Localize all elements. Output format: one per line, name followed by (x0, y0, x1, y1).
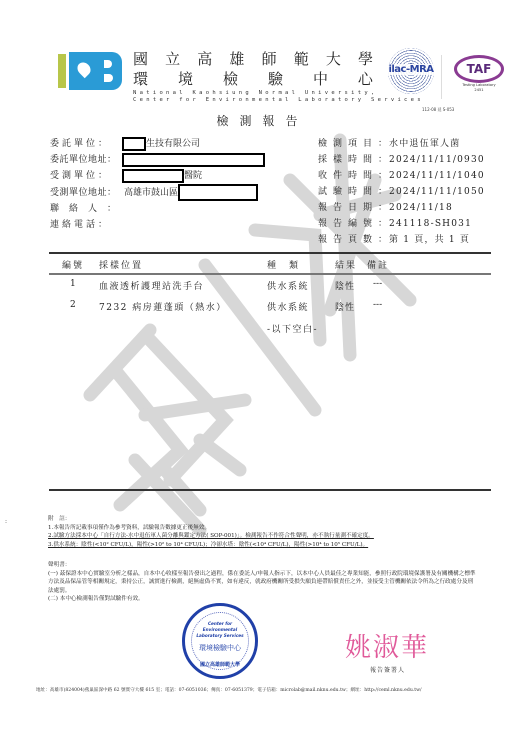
university-char: 高 (197, 48, 212, 69)
note-item: 3.供水系統：陰性(<10² CFU/L)，陽性(>10² to 10⁴ CFU… (48, 541, 374, 550)
declaration-item: (一) 茲保證本中心實驗室分析之樣品，自本中心收樣至報告發出之過程，係在委託人/… (48, 570, 478, 596)
client-address-row: 委託單位地址： (50, 152, 265, 168)
cell-type: 供水系統 (267, 279, 309, 292)
signature: 姚淑華 (345, 627, 429, 664)
client-name-row: 委託單位：生技有限公司 (50, 136, 265, 152)
center-name-en: Center for Environmental Laboratory Serv… (133, 97, 424, 103)
university-char: 雄 (229, 48, 244, 69)
notes-heading: 附 註： (48, 515, 374, 524)
cell-note: --- (373, 279, 382, 289)
field-label: 聯絡人： (50, 201, 122, 217)
field-value: 水中退伍軍人菌 (389, 139, 460, 149)
field-label: 連絡電話： (50, 217, 122, 233)
declaration: 聲明書： (一) 茲保證本中心實驗室分析之樣品，自本中心收樣至報告發出之過程，係… (48, 561, 478, 604)
taf-sub: Testing Laboratory 2451 (450, 83, 508, 93)
cell-result: 陰性 (335, 279, 355, 292)
field-label: 報告日期 (318, 200, 378, 216)
ilac-label: ilac-MRA (386, 64, 436, 75)
university-char: 師 (262, 48, 277, 69)
seal-line: Center for (185, 621, 255, 626)
field-value: 高雄市鼓山區 (124, 188, 178, 198)
university-name-zh: 國立高雄師範大學 (133, 48, 373, 69)
university-char: 大 (326, 48, 341, 69)
center-name-zh: 環境檢驗中心 (133, 68, 373, 89)
taf-logo: TAF (454, 55, 504, 83)
field-value: 2024/11/18 (389, 203, 453, 213)
center-char: 心 (358, 68, 373, 89)
center-char: 驗 (268, 68, 283, 89)
field-label: 受測單位地址： (50, 185, 124, 201)
taf-sub-number: 2451 (450, 88, 508, 93)
table-bottom-rule (49, 489, 491, 491)
report-info-row: 檢測項目：水中退伍軍人菌 (318, 136, 485, 152)
center-char: 境 (178, 68, 193, 89)
report-info: 檢測項目：水中退伍軍人菌採樣時間：2024/11/11/0930收件時間：202… (318, 136, 485, 248)
seal-zh-bottom: 國立高雄師範大學 (185, 661, 255, 668)
seal-line: Laboratory Services (185, 633, 255, 638)
logo-side-band (58, 54, 66, 88)
report-info-row: 試驗時間：2024/11/11/1050 (318, 184, 485, 200)
university-char: 範 (294, 48, 309, 69)
cell-result: 陰性 (335, 300, 355, 313)
logo-divider (441, 55, 442, 99)
declaration-item: (二) 本中心檢測報告僅對試驗件有效。 (48, 595, 478, 604)
university-char: 國 (133, 48, 148, 69)
table-top-rule (49, 252, 491, 254)
university-char: 學 (358, 48, 373, 69)
university-name-en: National Kaohsiung Normal University, (133, 90, 378, 96)
field-value: 241118-SH031 (389, 219, 472, 229)
seal-zh-center: 環境檢驗中心 (185, 643, 255, 653)
footer-contact: 地址：高雄市(824004)燕巢區深中路 62 號實守大樓 615 室；電話：0… (36, 687, 422, 693)
signer-role: 報告簽署人 (370, 665, 405, 674)
table-header-rule (49, 273, 491, 275)
field-label: 受測單位： (50, 168, 122, 184)
field-value: 2024/11/11/0930 (389, 155, 485, 165)
field-value: 2024/11/11/1040 (389, 171, 485, 181)
redaction-box (122, 153, 265, 167)
redaction-box (122, 137, 146, 151)
center-char: 中 (313, 68, 328, 89)
field-label: 報告頁數 (318, 232, 378, 248)
center-seal: Center for Environmental Laboratory Serv… (182, 603, 258, 679)
report-title: 檢測報告 (0, 112, 525, 129)
header-note: 備註 (367, 258, 389, 271)
field-label: 報告編號 (318, 216, 378, 232)
header-result: 結果 (335, 258, 357, 271)
report-info-row: 報告頁數：第 1 頁，共 1 頁 (318, 232, 485, 248)
tested-unit-address-row: 受測單位地址：高雄市鼓山區 (50, 184, 265, 201)
contact-person-row: 聯絡人： (50, 201, 265, 217)
field-value: 生技有限公司 (146, 139, 200, 149)
cell-no: 2 (70, 300, 76, 310)
redaction-box (178, 184, 258, 201)
seal-line: Environmental (185, 627, 255, 632)
report-info-row: 收件時間：2024/11/11/1040 (318, 168, 485, 184)
cell-no: 1 (70, 279, 76, 289)
center-char: 檢 (223, 68, 238, 89)
cell-location: 血液透析護理站洗手台 (99, 279, 204, 292)
report-info-row: 報告日期：2024/11/18 (318, 200, 485, 216)
field-label: 委託單位： (50, 136, 122, 152)
center-char: 環 (133, 68, 148, 89)
notes: 附 註： 1.本報告所記載事項僅作為參考資料，試驗報告數據更正後無效。 2.試驗… (48, 515, 374, 549)
field-label: 檢測項目 (318, 136, 378, 152)
header-type: 種 類 (267, 258, 300, 271)
field-label: 採樣時間 (318, 152, 378, 168)
header-no: 編號 (62, 258, 84, 271)
contact-phone-row: 連絡電話： (50, 217, 265, 233)
field-value: 醫院 (184, 171, 202, 181)
cell-location: 7232 病房蓮蓬頭（熱水） (99, 300, 227, 313)
redaction-box (122, 169, 184, 183)
table-end-marker: -以下空白- (267, 322, 318, 335)
field-value: 2024/11/11/1050 (389, 187, 485, 197)
field-label: 委託單位地址： (50, 152, 122, 168)
declaration-heading: 聲明書： (48, 561, 478, 570)
envirolab-logo (58, 50, 122, 92)
field-value: 第 1 頁，共 1 頁 (389, 235, 470, 245)
report-info-row: 報告編號：241118-SH031 (318, 216, 485, 232)
tested-unit-row: 受測單位：醫院 (50, 168, 265, 184)
university-char: 立 (165, 48, 180, 69)
cell-type: 供水系統 (267, 300, 309, 313)
logo-letter-b (96, 52, 122, 90)
cell-note: --- (373, 300, 382, 310)
header-location: 採樣位置 (99, 258, 143, 271)
margin-mark: : (5, 518, 7, 525)
report-info-row: 採樣時間：2024/11/11/0930 (318, 152, 485, 168)
client-info: 委託單位：生技有限公司 委託單位地址： 受測單位：醫院 受測單位地址：高雄市鼓山… (50, 136, 265, 233)
field-label: 試驗時間 (318, 184, 378, 200)
ilac-mra-logo: ilac-MRA (388, 48, 434, 94)
field-label: 收件時間 (318, 168, 378, 184)
note-item: 1.本報告所記載事項僅作為參考資料，試驗報告數據更正後無效。 (48, 524, 374, 533)
note-item: 2.試驗方法採本中心「自行方法-水中退伍軍人菌分離與鑑定方法( SOP-001)… (48, 532, 374, 541)
